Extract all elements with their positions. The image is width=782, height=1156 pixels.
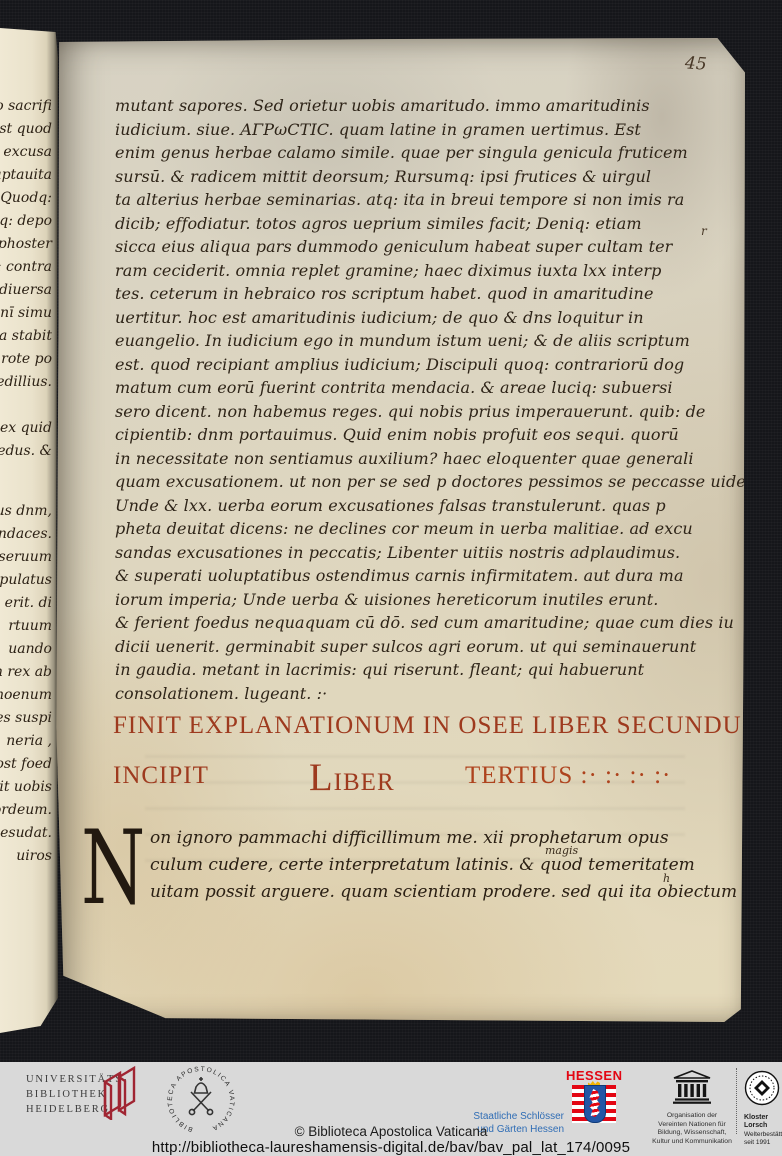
svg-text:BIBLIOTECA APOSTOLICA VATICANA: BIBLIOTECA APOSTOLICA VATICANA [167,1066,235,1133]
lion-icon [588,1089,601,1117]
rubric-incipit-line: INCIPIT LIBER TERTIUS :· :· :· :· [113,762,733,808]
manuscript-viewer-page: plo sacrifipotest quodulla excusae capta… [0,0,782,1156]
kloster-lorsch-seal-icon [744,1070,780,1106]
source-url: http://bibliotheca-laureshamensis-digita… [0,1139,782,1156]
manuscript-text-line: uertitur. hoc est amaritudinis iudicium;… [115,308,703,332]
unesco-caption-line: Organisation der [648,1112,736,1121]
vatican-seal-text: BIBLIOTECA APOSTOLICA VATICANA [167,1066,235,1133]
facing-page-text-fragment: post foed [0,756,52,779]
manuscript-text-line: matum cum eorū fuerint contrita mendacia… [115,378,703,402]
manuscript-text-line: sursū. & radicem mittit deorsum; Rursumq… [115,167,703,191]
decorated-initial-n: N [81,822,145,916]
facing-page-text-fragment: m rex ab [0,664,52,687]
manuscript-text-line: & ferient foedus nequaquam cū dō. sed cu… [115,613,703,637]
facing-page-text-fragment: opulatus [0,572,52,595]
manuscript-text-line: uitam possit arguere. quam scientiam pro… [150,882,715,909]
manuscript-text-line: consolationem. lugeant. :· [115,684,703,708]
manuscript-page: 45 r mutant sapores. Sed orietur uobis a… [55,38,745,1023]
facing-page-text-fragment: ophoster [0,236,52,259]
facing-page-text-fragment: teres suspi [0,710,52,733]
interlinear-gloss: h [663,872,670,885]
facing-page-text-fragment: moenum [0,687,52,710]
facing-page-text-fragment: uiros [0,848,52,871]
manuscript-text-line: in necessitate non sentiamus auxilium? h… [115,449,703,473]
facing-page-text-fragment: rtuum [0,618,52,641]
manuscript-text-line: sandas excusationes in peccatis; Libente… [115,543,703,567]
manuscript-text-line: quam excusationem. ut non per se sed p d… [115,472,703,496]
facing-page-fragments-lower: amus dnm,ndaces.e seruumopulatuserit. di… [0,503,52,871]
manuscript-text-line: & superati uoluptatibus ostendimus carni… [115,566,703,590]
manuscript-body-text: mutant sapores. Sed orietur uobis amarit… [115,96,703,707]
rubric-word-tertius: TERTIUS :· :· :· :· [465,762,671,790]
facing-page-edge: plo sacrifipotest quodulla excusae capta… [0,28,58,1033]
facing-page-text-fragment: hordeum. [0,802,52,825]
facing-page-text-fragment: uando [0,641,52,664]
manuscript-text-line: iorum imperia; Unde uerba & uisiones her… [115,590,703,614]
manuscript-text-line: on ignoro pammachi difficillimum me. xii… [150,828,715,855]
rubric-word-liber: LIBER [309,762,395,797]
facing-page-text-fragment: potest quod [0,121,52,144]
facing-page-text-fragment [0,397,52,420]
facing-page-text-fragment: uerq: depo [0,213,52,236]
shield-icon [584,1085,606,1123]
facing-page-text-fragment: neria , [0,733,52,756]
facing-page-text-fragment: Quodq: [0,190,52,213]
unesco-temple-icon [672,1070,712,1104]
rubric-explicit-line: FINIT EXPLANATIONUM IN OSEE LIBER SECUND… [113,712,733,740]
copyright-notice: © Biblioteca Apostolica Vaticana [0,1124,782,1139]
manuscript-text-line: sero dicent. non habemus reges. qui nobi… [115,402,703,426]
facing-page-text-fragment: rote po [0,351,52,374]
hessen-caption-line: Staatliche Schlösser [470,1110,564,1123]
facing-page-text-fragment: erit. di [0,595,52,618]
footer-band: UNIVERSITÄTS- BIBLIOTHEK HEIDELBERG BIBL… [0,1062,782,1156]
facing-page-fragments-upper: plo sacrifipotest quodulla excusae capta… [0,98,52,466]
facing-page-text-fragment: desudat. [0,825,52,848]
manuscript-text-line: Unde & lxx. uerba eorum excusationes fal… [115,496,703,520]
manuscript-text-line: est. quod recipiant amplius iudicium; Di… [115,355,703,379]
manuscript-text-line: mutant sapores. Sed orietur uobis amarit… [115,96,703,120]
heidelberg-books-icon [98,1066,142,1120]
manuscript-text-line: culum cudere, certe interpretatum latini… [150,855,715,882]
facing-page-text-fragment: ndaces. [0,526,52,549]
facing-page-text-fragment: diuersa [0,282,52,305]
hessen-coat-of-arms [572,1085,616,1123]
facing-page-text-fragment: & contra [0,259,52,282]
facing-page-text-fragment: dnī simu [0,305,52,328]
book-three-opening-text: on ignoro pammachi difficillimum me. xii… [150,828,715,909]
manuscript-text-line: dicib; effodiatur. totos agros ueprium s… [115,214,703,238]
manuscript-text-line: ram ceciderit. omnia replet gramine; hae… [115,261,703,285]
manuscript-text-line: iudicium. siue. ΑΓΡωCTIC. quam latine in… [115,120,703,144]
hessen-wordmark: HESSEN [566,1068,622,1083]
manuscript-text-line: pheta deuitat dicens: ne declines cor me… [115,519,703,543]
facing-page-text-fragment: bit uobis [0,779,52,802]
facing-page-text-fragment: plo sacrifi [0,98,52,121]
rubric-word-incipit: INCIPIT [113,762,209,790]
manuscript-text-line: dicii uenerit. germinabit super sulcos a… [115,637,703,661]
facing-page-text-fragment: edus. & [0,443,52,466]
manuscript-text-line: in gaudia. metant in lacrimis: qui riser… [115,660,703,684]
facing-page-text-fragment: edillius. [0,374,52,397]
folio-number: 45 [685,53,708,74]
manuscript-text-line: ta alterius herbae seminarias. atq: ita … [115,190,703,214]
facing-page-text-fragment: & Rex quid [0,420,52,443]
facing-page-text-fragment: ulla excusa [0,144,52,167]
crossed-keys-tiara-icon [189,1077,212,1115]
manuscript-text-line: cipientib: dnm portauimus. Quid enim nob… [115,425,703,449]
facing-page-text-fragment: e seruum [0,549,52,572]
manuscript-text-line: sicca eius aliqua pars dummodo geniculum… [115,237,703,261]
manuscript-text-line: euangelio. In iudicium ego in mundum ist… [115,331,703,355]
facing-page-text-fragment: e captauita [0,167,52,190]
facing-page-text-fragment: sua stabit [0,328,52,351]
manuscript-text-line: enim genus herbae calamo simile. quae pe… [115,143,703,167]
facing-page-text-fragment: amus dnm, [0,503,52,526]
manuscript-text-line: tes. ceterum in hebraico ros scriptum ha… [115,284,703,308]
interlinear-gloss: magis [545,844,578,857]
